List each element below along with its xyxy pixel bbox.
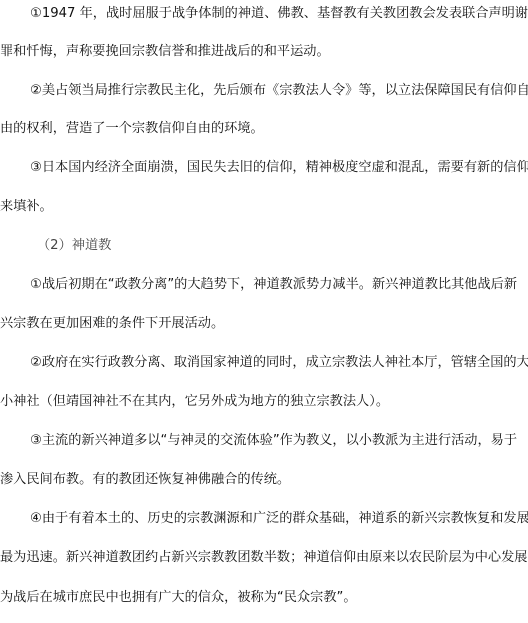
paragraph-7-line-3: 为战后在城市庶民中也拥有广大的信众，被称为“民众宗教”。 xyxy=(0,588,357,608)
paragraph-7-line-1: ④由于有着本土的、历史的宗教渊源和广泛的群众基础，神道系的新兴宗教恢复和发展 xyxy=(30,509,528,529)
paragraph-5-line-2: 小神社（但靖国神社不在其内，它另外成为地方的独立宗教法人）。 xyxy=(0,392,389,412)
paragraph-1-line-2: 罪和忏悔，声称要挽回宗教信誉和推进战后的和平运动。 xyxy=(0,42,330,62)
paragraph-4-line-1: ①战后初期在“政教分离”的大趋势下，神道教派势力减半。新兴神道教比其他战后新 xyxy=(30,275,517,295)
section-heading-shinto: （2）神道教 xyxy=(37,236,111,256)
paragraph-3-line-1: ③日本国内经济全面崩溃，国民失去旧的信仰，精神极度空虚和混乱，需要有新的信仰 xyxy=(30,158,528,178)
paragraph-1-line-1: ①1947 年，战时屈服于战争体制的神道、佛教、基督教有关教团教会发表联合声明谢 xyxy=(30,4,528,24)
paragraph-2-line-1: ②美占领当局推行宗教民主化，先后颁布《宗教法人令》等，以立法保障国民有信仰自 xyxy=(30,81,528,101)
paragraph-7-line-2: 最为迅速。新兴神道教团约占新兴宗教教团数半数；神道信仰由原来以农民阶层为中心发展 xyxy=(0,548,528,568)
paragraph-2-line-2: 由的权利，营造了一个宗教信仰自由的环境。 xyxy=(0,119,264,139)
paragraph-5-line-1: ②政府在实行政教分离、取消国家神道的同时，成立宗教法人神社本厅，管辖全国的大 xyxy=(30,353,528,373)
paragraph-6-line-2: 渗入民间布教。有的教团还恢复神佛融合的传统。 xyxy=(0,470,290,490)
paragraph-4-line-2: 兴宗教在更加困难的条件下开展活动。 xyxy=(0,314,224,334)
paragraph-3-line-2: 来填补。 xyxy=(0,197,53,217)
paragraph-6-line-1: ③主流的新兴神道多以“与神灵的交流体验”作为教义，以小教派为主进行活动，易于 xyxy=(30,431,517,451)
